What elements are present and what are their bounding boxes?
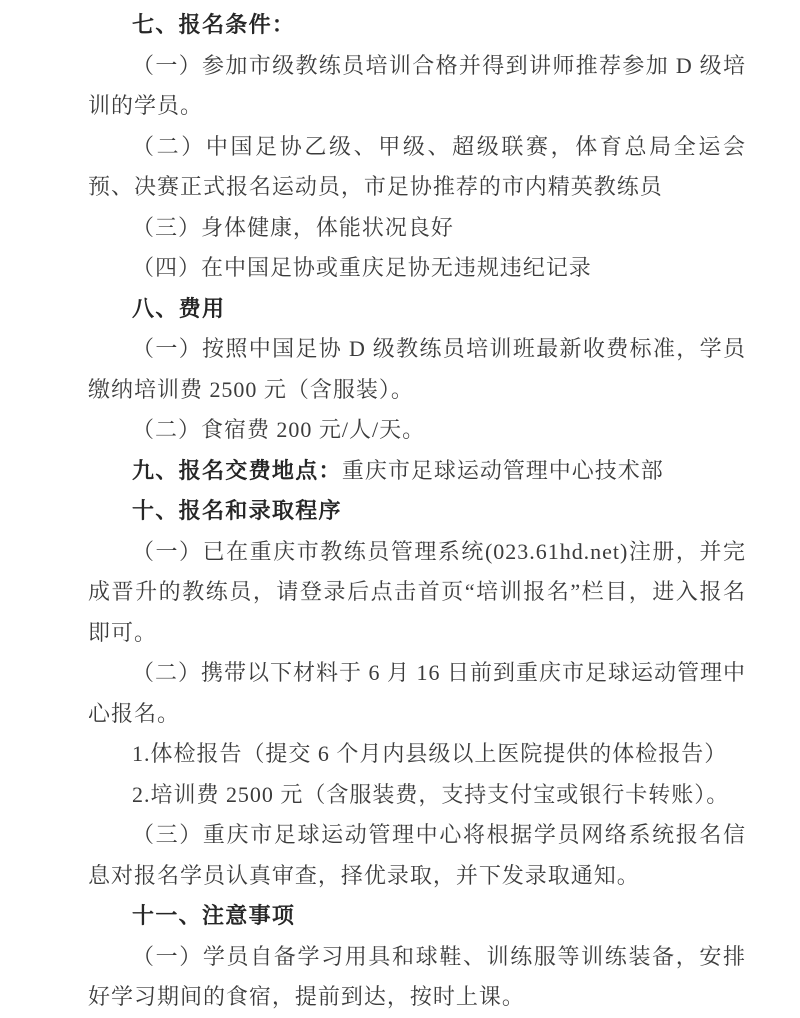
heading-8-fees: 八、费用 <box>88 289 746 330</box>
heading-11-notes: 十一、注意事项 <box>88 896 746 937</box>
para-10-item-3: （三）重庆市足球运动管理中心将根据学员网络系统报名信息对报名学员认真审查，择优录… <box>88 815 746 896</box>
para-8-item-2: （二）食宿费 200 元/人/天。 <box>88 410 746 451</box>
para-7-item-2: （二）中国足协乙级、甲级、超级联赛，体育总局全运会预、决赛正式报名运动员，市足协… <box>88 127 746 208</box>
heading-10-registration-procedure: 十、报名和录取程序 <box>88 491 746 532</box>
para-11-item-1: （一）学员自备学习用具和球鞋、训练服等训练装备，安排好学习期间的食宿，提前到达，… <box>88 937 746 1018</box>
para-10-item-2-material-2: 2.培训费 2500 元（含服装费，支持支付宝或银行卡转账）。 <box>88 775 746 816</box>
para-7-item-4: （四）在中国足协或重庆足协无违规违纪记录 <box>88 248 746 289</box>
para-10-item-2: （二）携带以下材料于 6 月 16 日前到重庆市足球运动管理中心报名。 <box>88 653 746 734</box>
para-10-item-2-material-1: 1.体检报告（提交 6 个月内县级以上医院提供的体检报告） <box>88 734 746 775</box>
para-9-payment-location: 九、报名交费地点：重庆市足球运动管理中心技术部 <box>88 451 746 492</box>
heading-7-registration-conditions: 七、报名条件： <box>88 5 746 46</box>
payment-location-value: 重庆市足球运动管理中心技术部 <box>342 458 664 483</box>
heading-9-payment-location-label: 九、报名交费地点： <box>132 458 342 483</box>
para-7-item-3: （三）身体健康，体能状况良好 <box>88 208 746 249</box>
para-10-item-1: （一）已在重庆市教练员管理系统(023.61hd.net)注册，并完成晋升的教练… <box>88 532 746 654</box>
para-7-item-1: （一）参加市级教练员培训合格并得到讲师推荐参加 D 级培训的学员。 <box>88 46 746 127</box>
document-page: 七、报名条件： （一）参加市级教练员培训合格并得到讲师推荐参加 D 级培训的学员… <box>0 0 800 1018</box>
para-8-item-1: （一）按照中国足协 D 级教练员培训班最新收费标准，学员缴纳培训费 2500 元… <box>88 329 746 410</box>
